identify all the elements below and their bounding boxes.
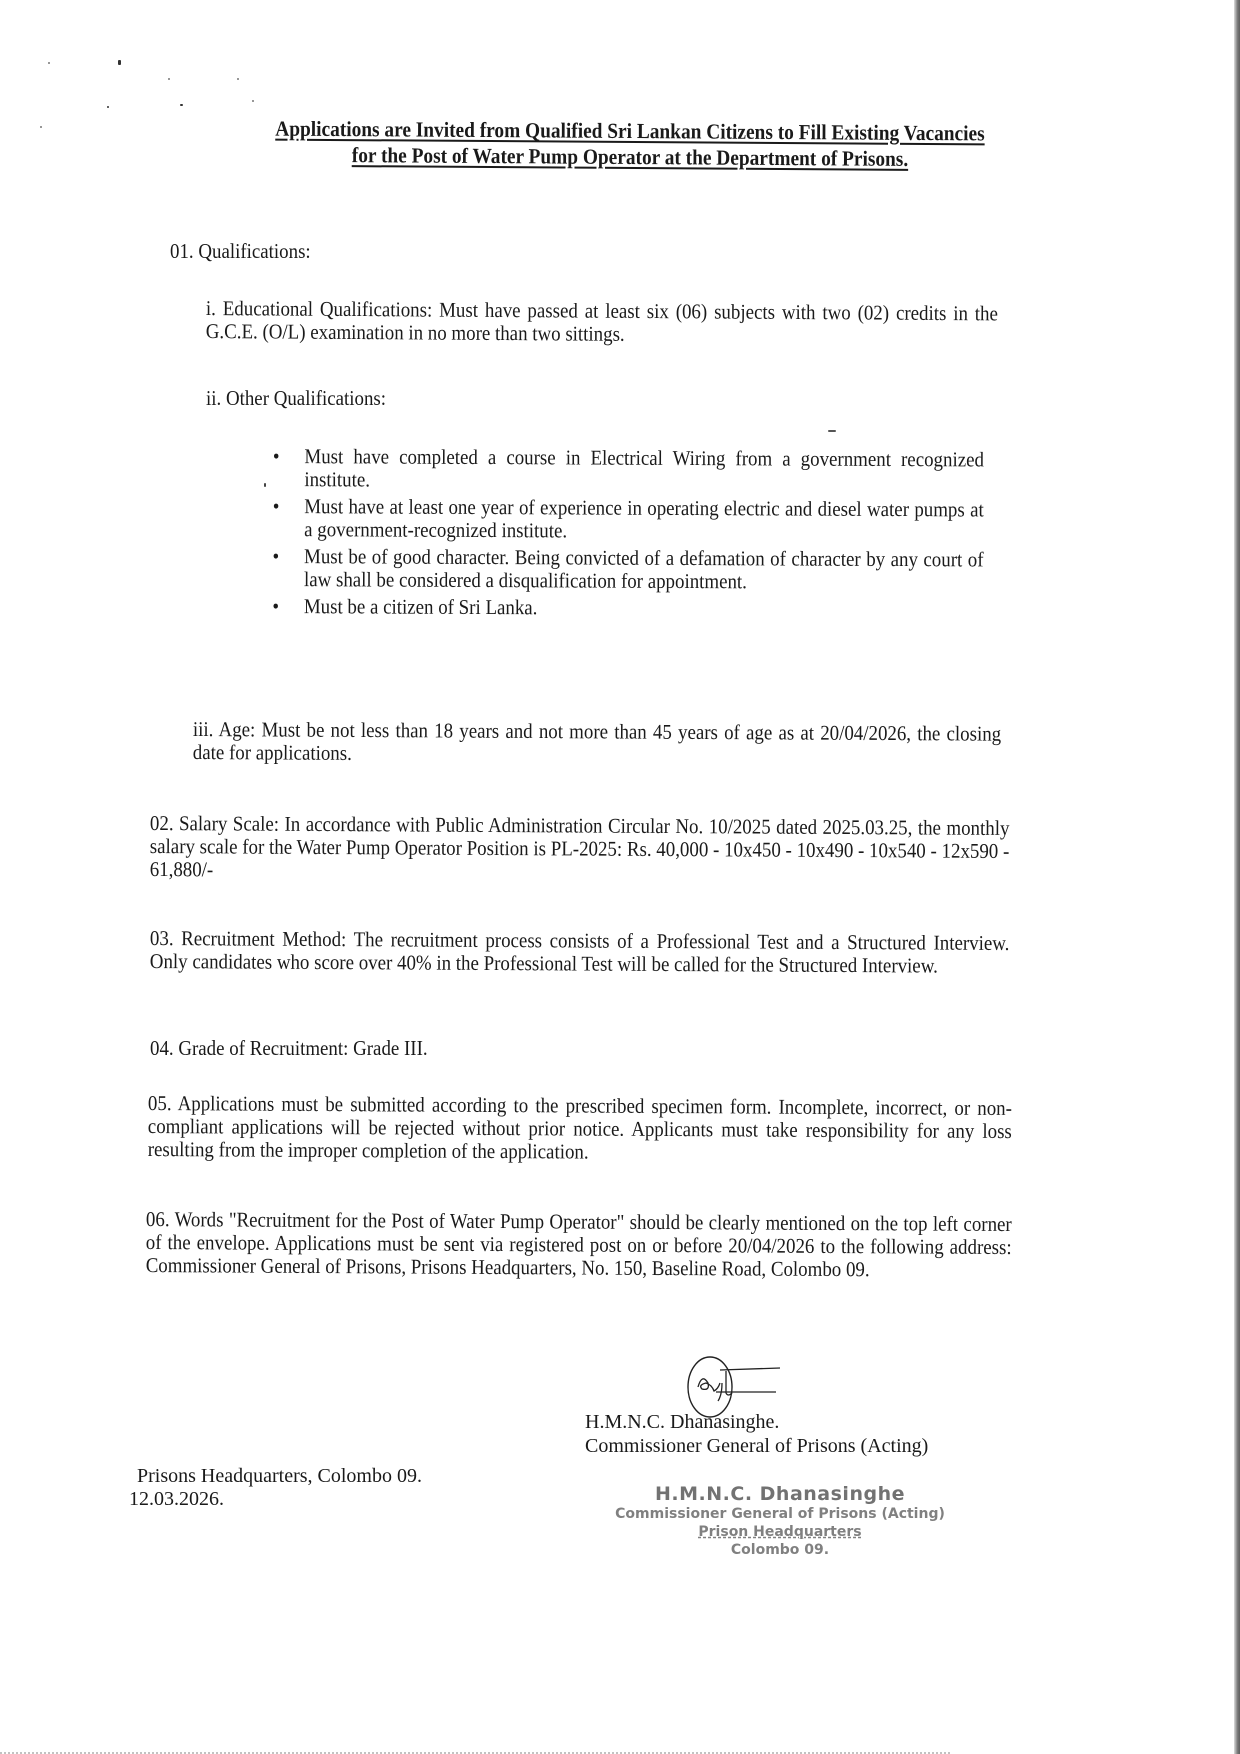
signatory-block: H.M.N.C. Dhanasinghe. Commissioner Gener… <box>585 1410 928 1458</box>
scan-edge <box>1234 0 1240 1754</box>
stamp-name: H.M.N.C. Dhanasinghe <box>585 1483 975 1505</box>
scan-speck <box>40 126 42 128</box>
scan-speck <box>237 78 239 80</box>
section-05-application-rules: 05. Applications must be submitted accor… <box>148 1092 1012 1166</box>
document-page: Applications are Invited from Qualified … <box>0 0 1240 1754</box>
qualification-item: Must be a citizen of Sri Lanka. <box>272 595 983 621</box>
educational-qualifications: i. Educational Qualifications: Must have… <box>206 297 998 348</box>
other-qualifications-heading: ii. Other Qualifications: <box>206 387 386 410</box>
notice-title: Applications are Invited from Qualified … <box>198 118 1062 170</box>
section-06-submission-address: 06. Words "Recruitment for the Post of W… <box>146 1208 1012 1282</box>
issue-place: Prisons Headquarters, Colombo 09. <box>137 1465 422 1488</box>
scan-speck <box>264 483 266 487</box>
section-01-heading: 01. Qualifications: <box>170 240 311 263</box>
scan-speck <box>828 430 836 432</box>
scan-speck <box>180 104 183 106</box>
signatory-name: H.M.N.C. Dhanasinghe. <box>585 1410 928 1434</box>
section-04-grade: 04. Grade of Recruitment: Grade III. <box>150 1037 428 1060</box>
scan-speck <box>168 78 170 80</box>
section-03-recruitment-method: 03. Recruitment Method: The recruitment … <box>150 927 1010 978</box>
scan-speck <box>252 100 254 102</box>
scan-speck <box>107 106 109 108</box>
age-requirement: iii. Age: Must be not less than 18 years… <box>193 718 1001 769</box>
stamp-city: Colombo 09. <box>585 1541 975 1559</box>
stamp-office: Prison Headquarters <box>585 1523 975 1541</box>
issue-date: 12.03.2026. <box>129 1488 422 1511</box>
signatory-designation: Commissioner General of Prisons (Acting) <box>585 1434 928 1458</box>
issue-place-date: Prisons Headquarters, Colombo 09. 12.03.… <box>137 1465 422 1511</box>
qualification-item: Must have at least one year of experienc… <box>273 495 984 544</box>
section-02-salary-scale: 02. Salary Scale: In accordance with Pub… <box>150 812 1010 886</box>
stamp-designation: Commissioner General of Prisons (Acting) <box>585 1505 975 1523</box>
official-stamp: H.M.N.C. Dhanasinghe Commissioner Genera… <box>585 1483 975 1559</box>
title-line-2: for the Post of Water Pump Operator at t… <box>198 141 1062 173</box>
scan-speck <box>48 62 50 64</box>
scan-speck <box>118 60 121 65</box>
qualification-item: Must be of good character. Being convict… <box>272 545 983 594</box>
other-qualifications-list: Must have completed a course in Electric… <box>272 445 984 625</box>
qualification-item: Must have completed a course in Electric… <box>273 445 984 494</box>
